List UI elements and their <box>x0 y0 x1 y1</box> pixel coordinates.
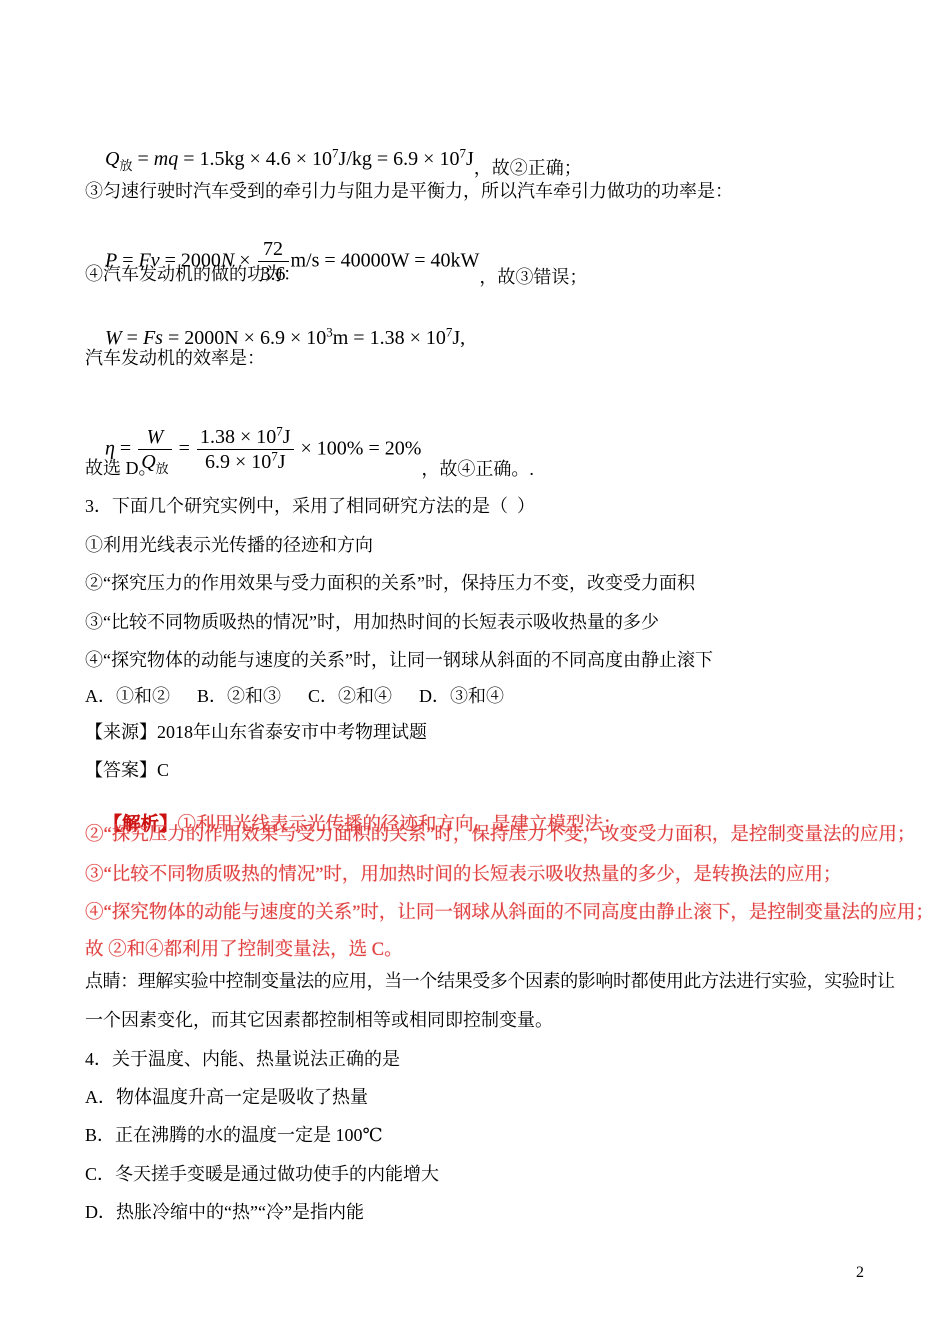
question-4-stem: 4．关于温度、内能、热量说法正确的是 <box>85 1046 400 1072</box>
analysis-line-3: ③“比较不同物质吸热的情况”时，用加热时间的长短表示吸收热量的多少，是转换法的应… <box>85 862 841 888</box>
fraction-denominator: 6.9 × 107J <box>197 450 294 473</box>
conclusion-text: ，故③错误； <box>479 264 587 290</box>
question-3-stem: 3．下面几个研究实例中，采用了相同研究方法的是（ ） <box>85 493 535 519</box>
paragraph-efficiency-intro: 汽车发动机的效率是： <box>85 345 265 371</box>
formula-body: J <box>283 426 291 448</box>
formula-body: × 100% = 20% <box>296 437 422 459</box>
formula-subscript: 放 <box>119 158 132 173</box>
question-3-item-4: ④“探究物体的动能与速度的关系”时，让同一钢球从斜面的不同高度由静止滚下 <box>85 647 713 673</box>
question-4-option-a: A．物体温度升高一定是吸收了热量 <box>85 1084 368 1110</box>
question-4-option-c: C．冬天搓手变暖是通过做功使手的内能增大 <box>85 1161 439 1187</box>
question-3-item-3: ③“比较不同物质吸热的情况”时，用加热时间的长短表示吸收热量的多少 <box>85 609 659 635</box>
formula-body: J <box>278 451 286 473</box>
formula-body: 6.9 × 10 <box>205 451 271 473</box>
tip-line-1: 点睛：理解实验中控制变量法的应用，当一个结果受多个因素的影响时都使用此方法进行实… <box>85 968 895 994</box>
formula-subscript: 放 <box>156 461 169 476</box>
formula-body: J/kg = 6.9 × 10 <box>339 148 460 170</box>
formula-body: m = 1.38 × 10 <box>333 327 446 349</box>
paragraph-statement-3: ③匀速行驶时汽车受到的牵引力与阻力是平衡力，所以汽车牵引力做功的功率是： <box>85 178 733 204</box>
question-3-options: A．①和② B．②和③ C．②和④ D．③和④ <box>85 683 504 709</box>
answer-line: 【答案】C <box>85 757 169 783</box>
formula-variable: Q <box>105 148 119 170</box>
conclusion-text: ，故④正确。. <box>421 456 534 482</box>
paragraph-statement-4: ④汽车发动机的做的功为： <box>85 261 301 287</box>
question-4-option-b: B．正在沸腾的水的温度一定是 100℃ <box>85 1122 383 1148</box>
question-3-item-2: ②“探究压力的作用效果与受力面积的关系”时，保持压力不变，改变受力面积 <box>85 570 695 596</box>
analysis-line-5: 故 ②和④都利用了控制变量法，选 C。 <box>85 937 403 963</box>
formula-efficiency: η = WQ放 = 1.38 × 107J6.9 × 107J × 100% =… <box>85 400 534 500</box>
question-4-option-d: D．热胀冷缩中的“热”“冷”是指内能 <box>85 1199 364 1225</box>
formula-body: J <box>466 148 474 170</box>
analysis-line-4: ④“探究物体的动能与速度的关系”时，让同一钢球从斜面的不同高度由静止滚下，是控制… <box>85 900 934 926</box>
answer-choice-note: 故选 D。 <box>85 455 157 481</box>
document-page: Q放 = mq = 1.5kg × 4.6 × 107J/kg = 6.9 × … <box>0 0 950 1344</box>
formula-equals: = <box>174 437 195 459</box>
source-line: 【来源】2018年山东省泰安市中考物理试题 <box>85 719 427 745</box>
formula-body: = 40000W = 40kW <box>319 249 479 271</box>
formula-body: 1.38 × 10 <box>200 426 276 448</box>
formula-equals: = <box>132 148 153 170</box>
formula-variable: mq <box>154 148 178 170</box>
tip-line-2: 一个因素变化，而其它因素都控制相等或相同即控制变量。 <box>85 1007 553 1033</box>
question-3-item-1: ①利用光线表示光传播的径迹和方向 <box>85 532 373 558</box>
formula-body: J, <box>452 327 465 349</box>
fraction-numerator: 72 <box>258 238 289 262</box>
fraction-numerator: W <box>138 426 171 450</box>
fraction: 1.38 × 107J6.9 × 107J <box>197 426 294 474</box>
fraction-numerator: 1.38 × 107J <box>197 426 294 450</box>
formula-body: = 1.5kg × 4.6 × 10 <box>178 148 332 170</box>
page-number: 2 <box>856 1264 864 1282</box>
analysis-line-2: ②“探究压力的作用效果与受力面积的关系”时，保持压力不变，改变受力面积，是控制变… <box>85 822 915 848</box>
